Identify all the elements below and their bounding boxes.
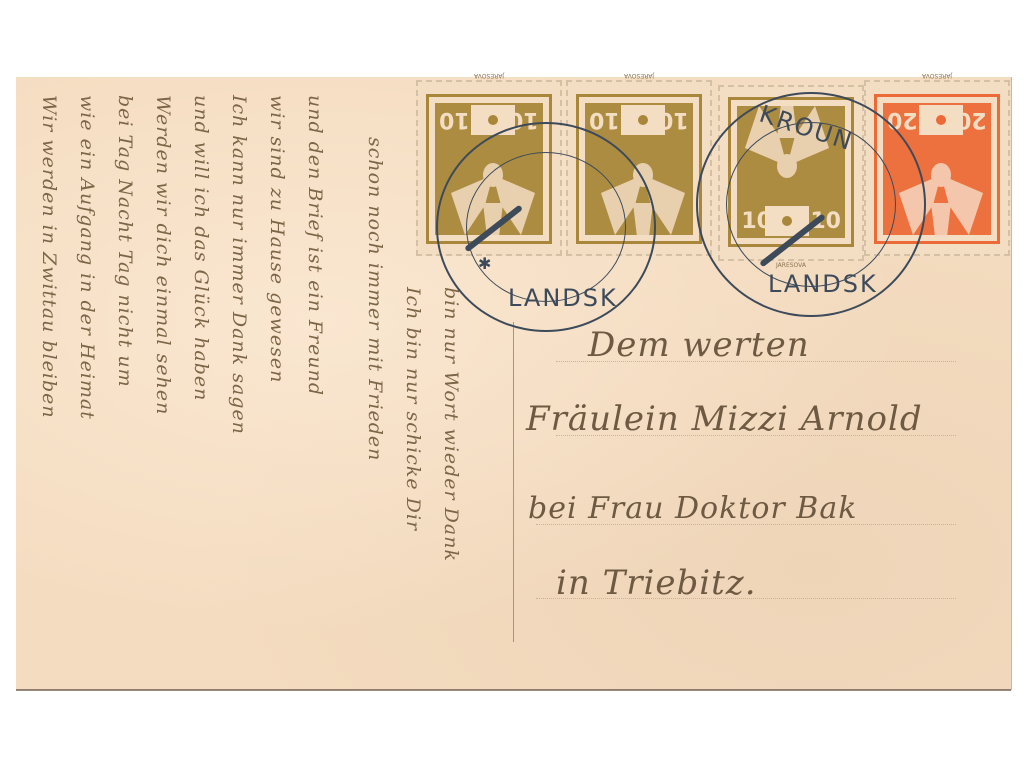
message-line: Ich kann nur immer Dank sagen — [228, 95, 250, 435]
message-line: bin nur Wort wieder Dank — [440, 287, 462, 562]
address-line-2: Fräulein Mizzi Arnold — [526, 399, 923, 439]
star-icon: ✱ — [478, 254, 491, 273]
message-line: und will ich das Glück haben — [190, 95, 212, 401]
address-line-1: Dem werten — [588, 325, 810, 365]
address-line-3: bei Frau Doktor Bak — [528, 491, 857, 526]
message-line: Ich bin nur schicke Dir — [402, 287, 424, 531]
message-line: schon noch immer mit Frieden — [364, 137, 386, 461]
postmark: LANDSK ✱ — [436, 122, 656, 332]
address-line-4: in Triebitz. — [556, 563, 757, 603]
message-line: bei Tag Nacht Tag nicht um — [114, 95, 136, 388]
message-line: wir sind zu Hause gewesen — [266, 95, 288, 383]
postcard: Wir werden in Zwittau bleiben wie ein Au… — [16, 77, 1011, 690]
message-line: Werden wir dich einmal sehen — [152, 95, 174, 415]
postmark: KROUN LANDSK — [696, 92, 926, 317]
message-line: Wir werden in Zwittau bleiben — [38, 95, 60, 419]
divider-line — [513, 322, 514, 642]
message-line: und den Brief ist ein Freund — [304, 95, 326, 396]
message-line: wie ein Aufgang in der Heimat — [76, 95, 98, 420]
